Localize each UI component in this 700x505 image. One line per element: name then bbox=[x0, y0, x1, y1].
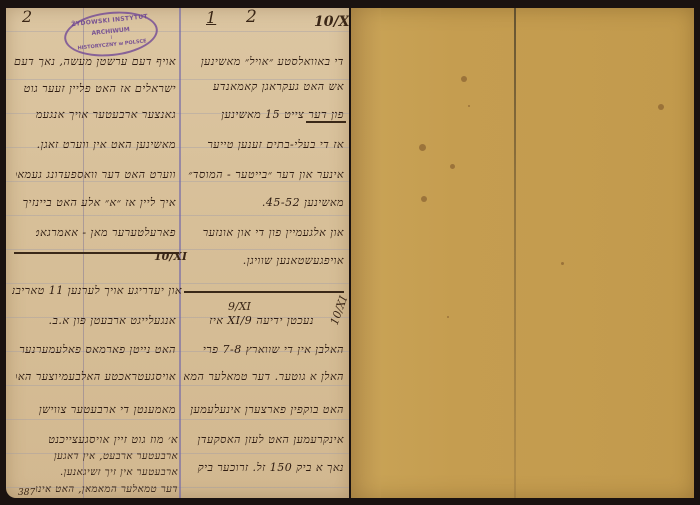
column-number-1: 1 bbox=[206, 8, 216, 27]
handwriting-line: ארבעטער ארבעט, אין דאגען bbox=[30, 451, 178, 462]
foxing-spot bbox=[450, 164, 455, 169]
handwriting-line: אינער און דער ״בייטער - המוסד״ bbox=[184, 168, 344, 181]
handwriting-line: נעכטן ידיעה 9/XI איז bbox=[184, 314, 314, 327]
corner-page-number: 2 bbox=[22, 8, 32, 26]
handwriting-line: מאשינען האט אין ווערט זאגן. bbox=[36, 138, 176, 151]
handwriting-line: אנגעלייגט ארבעטן פון א.ב. bbox=[42, 314, 176, 327]
handwriting-line: אויפגעשטאנען שוויגן. bbox=[184, 254, 344, 267]
foxing-spot bbox=[419, 144, 426, 151]
folio-number: 387 bbox=[18, 488, 35, 498]
handwriting-line: אויסגעטראכטע האלבעמיוצער האט bbox=[16, 370, 176, 383]
handwriting-line: פארעלטערער מאן - אאמרגאט. bbox=[36, 226, 176, 239]
handwriting-line: נאך א ביק 150 זל. זרוכער ביק bbox=[184, 461, 344, 474]
handwriting-line: ישראלים אז האט פליין זעער גוט bbox=[14, 82, 176, 95]
handwriting-line: ארבעטער אין זיך זשיגאנען. bbox=[56, 467, 178, 478]
handwriting-line: אינקרעמען האט לעזן האסקעדן bbox=[184, 433, 344, 446]
foxing-spot bbox=[447, 316, 449, 318]
notebook-spread: ŻYDOWSKI INSTYTUT ARCHIWUM I HISTORYCZNY… bbox=[0, 0, 700, 505]
handwriting-line: גאנצער ארבעטער אויך אנגעמאלט. bbox=[36, 108, 176, 121]
section-divider bbox=[306, 121, 346, 123]
handwriting-line: און אלגעמיין פון די און אונזער bbox=[184, 226, 344, 239]
date-mid: 10/XI bbox=[154, 250, 187, 263]
handwriting-line: מאמענטן די ארבעטער צווישן bbox=[14, 403, 176, 416]
handwriting-line: האט נייטן פארמאס פאלעמערנער bbox=[16, 343, 176, 356]
spine-stain bbox=[351, 8, 381, 498]
foxing-spot bbox=[461, 76, 467, 82]
handwriting-line: א׳ מוז גוט זיין אויסגעצייכנט bbox=[30, 433, 178, 446]
foxing-spot bbox=[561, 262, 564, 265]
handwriting-line: איך ליין אז ״א״ אלע האט ביינזיך bbox=[16, 196, 176, 209]
column-number-2: 2 bbox=[246, 8, 257, 27]
right-page-blank-cover bbox=[351, 8, 694, 498]
handwriting-line: ווערט האט דער וואספעדונג געמאכט bbox=[16, 168, 176, 181]
handwriting-line: און יעדריגע אויך לערנען 11 טאריבעל bbox=[12, 284, 182, 297]
date-lower-inline: 9/XI bbox=[228, 300, 251, 313]
handwriting-line: האלן א גוטער. דער טמאלער המאמאן bbox=[184, 370, 344, 383]
section-divider bbox=[184, 291, 344, 293]
handwriting-line: אז די בעלי-בתים זענען טייער bbox=[184, 138, 344, 151]
handwriting-line: די באוואלסטע ״אויל״ מאשינען bbox=[184, 55, 344, 68]
foxing-spot bbox=[468, 105, 470, 107]
foxing-spot bbox=[658, 104, 664, 110]
handwriting-line: אש האט געקראגן קאמאנדע bbox=[184, 80, 344, 93]
foxing-spot bbox=[421, 196, 427, 202]
handwriting-line: דער טמאלער המאמאן, האט אינעם bbox=[36, 484, 178, 495]
handwriting-line: האלבן אין די שווארץ 7-8 פרי bbox=[184, 343, 344, 356]
handwriting-line: פון דער צייט 15 מאשינען bbox=[184, 108, 344, 121]
handwriting-line: אויף דעם ערשטן מעשה, נאך דעם פאל bbox=[14, 55, 176, 68]
handwriting-line: האט בוקפין פארצערן אינעלעמען bbox=[184, 403, 344, 416]
handwriting-line: מאשינען 45-52. bbox=[184, 196, 344, 209]
center-fold-line bbox=[514, 8, 516, 498]
date-top: 10/XI bbox=[314, 14, 349, 30]
left-page: ŻYDOWSKI INSTYTUT ARCHIWUM I HISTORYCZNY… bbox=[6, 8, 349, 498]
